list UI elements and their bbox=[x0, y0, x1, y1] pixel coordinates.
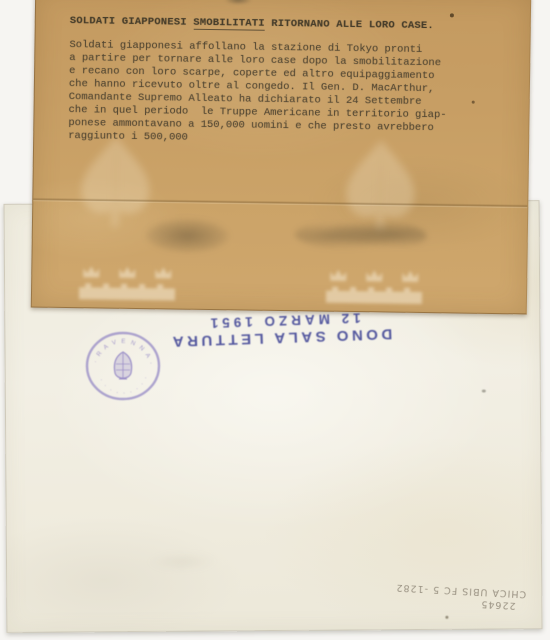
caption-title-underlined: SMOBILITATI bbox=[193, 17, 265, 31]
stamp-emblem-icon bbox=[114, 352, 131, 379]
typed-caption-text: SOLDATI GIAPPONESI SMOBILITATI RITORNANO… bbox=[68, 15, 500, 149]
caption-title-part1: SOLDATI GIAPPONESI bbox=[70, 15, 194, 29]
caption-title: SOLDATI GIAPPONESI SMOBILITATI RITORNANO… bbox=[70, 15, 500, 34]
paper-speck bbox=[147, 551, 217, 571]
typed-caption-paper: SOLDATI GIAPPONESI SMOBILITATI RITORNANO… bbox=[31, 0, 531, 314]
paper-speck bbox=[450, 13, 454, 17]
round-library-stamp: · R A V E N N A · · · · · · · · · · bbox=[76, 322, 170, 410]
caption-title-part3: RITORNANO ALLE LORO CASE. bbox=[265, 18, 434, 32]
watermark-spade bbox=[65, 130, 166, 235]
stain-smudge bbox=[224, 0, 252, 5]
paper-speck bbox=[445, 616, 448, 619]
paper-speck bbox=[482, 390, 486, 393]
stain-smudge bbox=[145, 218, 230, 253]
watermark-crowns bbox=[324, 269, 428, 306]
photo-verso-scan: SOLDATI GIAPPONESI SMOBILITATI RITORNANO… bbox=[0, 0, 550, 640]
watermark-crowns bbox=[77, 265, 181, 302]
